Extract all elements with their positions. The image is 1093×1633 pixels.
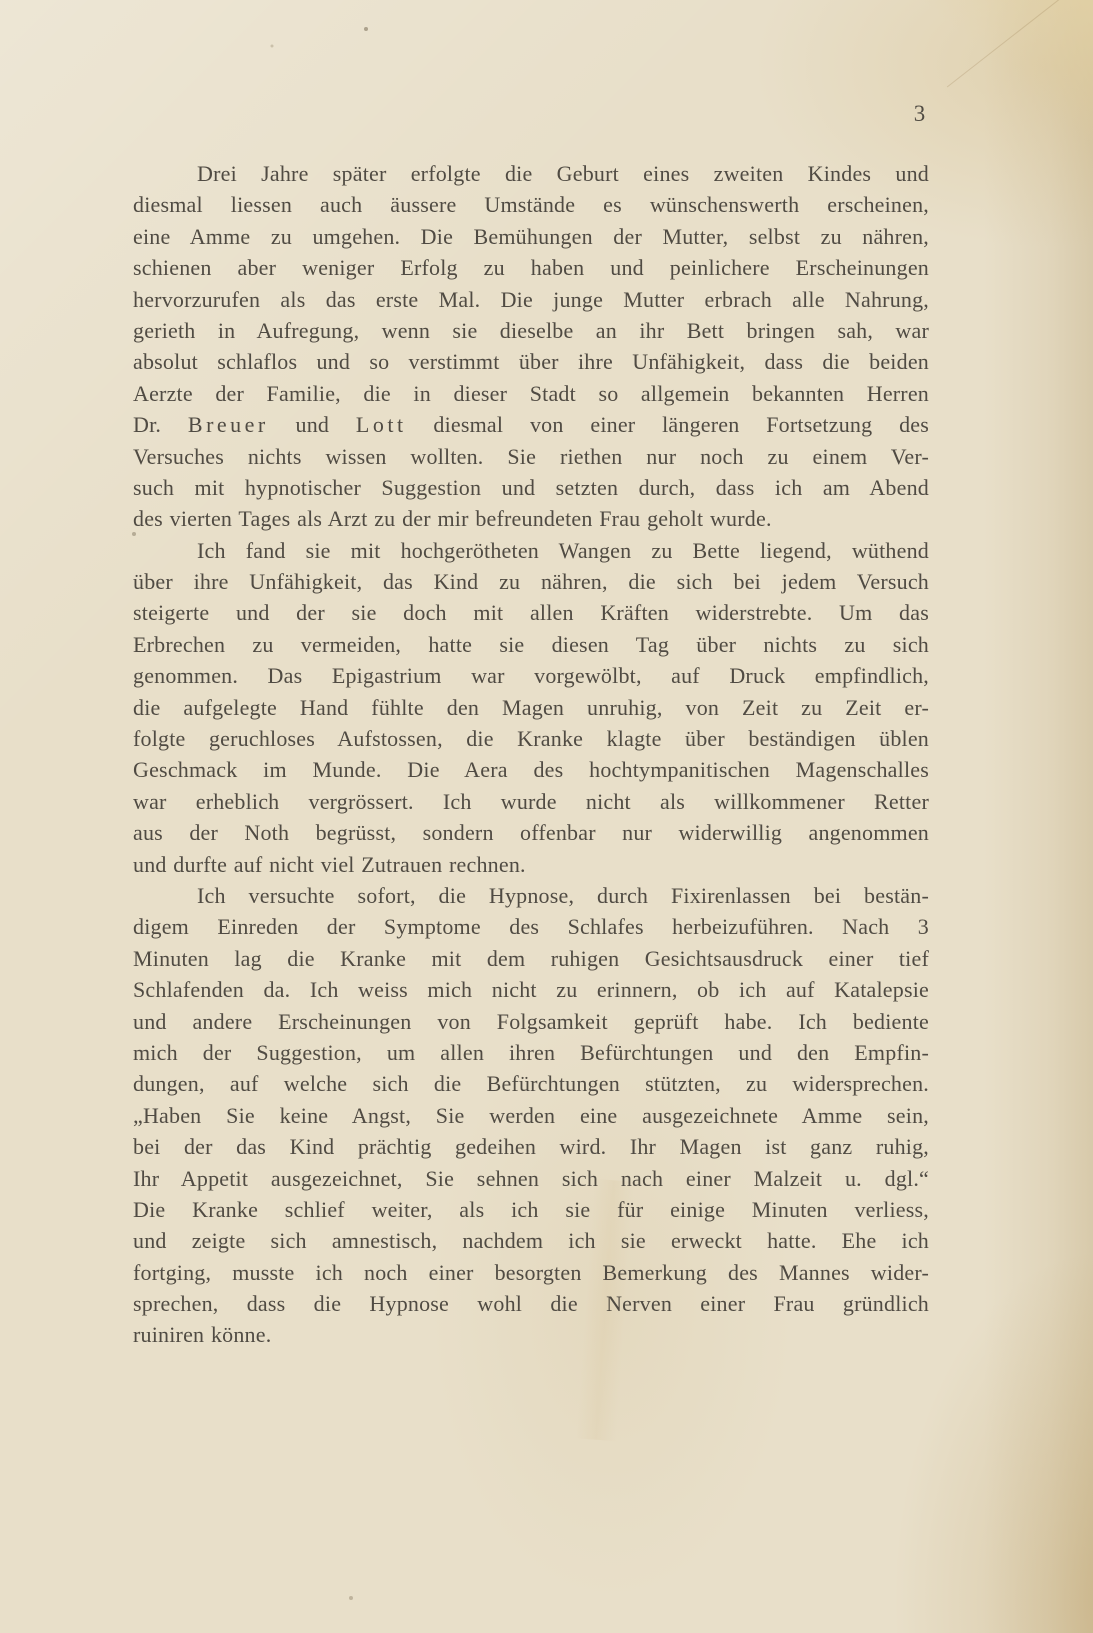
text-line: eine Amme zu umgehen. Die Bemühungen der… bbox=[133, 221, 929, 252]
text-segment: genommen. Das Epigastrium war vorgewölbt… bbox=[133, 663, 929, 688]
text-segment: diesmal liessen auch äussere Umstände es… bbox=[133, 192, 929, 217]
text-line: Schlafenden da. Ich weiss mich nicht zu … bbox=[133, 974, 929, 1005]
text-segment: Die Kranke schlief weiter, als ich sie f… bbox=[133, 1197, 929, 1222]
text-line: bei der das Kind prächtig gedeihen wird.… bbox=[133, 1131, 929, 1162]
text-line: Minuten lag die Kranke mit dem ruhigen G… bbox=[133, 943, 929, 974]
letterspaced-name: Lott bbox=[356, 412, 407, 437]
text-segment: dungen, auf welche sich die Befürchtunge… bbox=[133, 1071, 929, 1096]
text-line: des vierten Tages als Arzt zu der mir be… bbox=[133, 503, 929, 534]
text-segment: die aufgelegte Hand fühlte den Magen unr… bbox=[133, 695, 929, 720]
text-line: ruiniren könne. bbox=[133, 1319, 929, 1350]
text-line: die aufgelegte Hand fühlte den Magen unr… bbox=[133, 692, 929, 723]
text-line: Ihr Appetit ausgezeichnet, Sie sehnen si… bbox=[133, 1163, 929, 1194]
scanned-book-page: 3 Drei Jahre später erfolgte die Geburt … bbox=[0, 0, 1093, 1633]
text-segment: gerieth in Aufregung, wenn sie dieselbe … bbox=[133, 318, 929, 343]
text-segment: Schlafenden da. Ich weiss mich nicht zu … bbox=[133, 977, 929, 1002]
text-line: such mit hypnotischer Suggestion und set… bbox=[133, 472, 929, 503]
text-segment: Versuches nichts wissen wollten. Sie rie… bbox=[133, 444, 929, 469]
text-line: folgte geruchloses Aufstossen, die Krank… bbox=[133, 723, 929, 754]
text-segment: bei der das Kind prächtig gedeihen wird.… bbox=[133, 1134, 929, 1159]
letterspaced-name: Breuer bbox=[188, 412, 269, 437]
text-segment: aus der Noth begrüsst, sondern offenbar … bbox=[133, 820, 929, 845]
text-line: Ich versuchte sofort, die Hypnose, durch… bbox=[133, 880, 929, 911]
text-segment: digem Einreden der Symptome des Schlafes… bbox=[133, 914, 929, 939]
text-segment: Erbrechen zu vermeiden, hatte sie diesen… bbox=[133, 632, 929, 657]
text-line: Geschmack im Munde. Die Aera des hochtym… bbox=[133, 754, 929, 785]
text-segment: steigerte und der sie doch mit allen Krä… bbox=[133, 600, 929, 625]
text-segment: über ihre Unfähigkeit, das Kind zu nähre… bbox=[133, 569, 929, 594]
text-segment: des vierten Tages als Arzt zu der mir be… bbox=[133, 506, 772, 531]
text-line: Die Kranke schlief weiter, als ich sie f… bbox=[133, 1194, 929, 1225]
text-segment: Geschmack im Munde. Die Aera des hochtym… bbox=[133, 757, 929, 782]
text-line: hervorzurufen als das erste Mal. Die jun… bbox=[133, 284, 929, 315]
ink-speck bbox=[0, 0, 2, 2]
text-line: fortging, musste ich noch einer besorgte… bbox=[133, 1257, 929, 1288]
text-line: Ich fand sie mit hochgerötheten Wangen z… bbox=[133, 535, 929, 566]
text-line: war erheblich vergrössert. Ich wurde nic… bbox=[133, 786, 929, 817]
text-segment: „Haben Sie keine Angst, Sie werden eine … bbox=[133, 1103, 929, 1128]
text-segment: war erheblich vergrössert. Ich wurde nic… bbox=[133, 789, 929, 814]
text-line: genommen. Das Epigastrium war vorgewölbt… bbox=[133, 660, 929, 691]
text-segment: und andere Erscheinungen von Folgsamkeit… bbox=[133, 1009, 929, 1034]
text-line: gerieth in Aufregung, wenn sie dieselbe … bbox=[133, 315, 929, 346]
text-segment: mich der Suggestion, um allen ihren Befü… bbox=[133, 1040, 929, 1065]
text-line: aus der Noth begrüsst, sondern offenbar … bbox=[133, 817, 929, 848]
text-line: sprechen, dass die Hypnose wohl die Nerv… bbox=[133, 1288, 929, 1319]
text-line: steigerte und der sie doch mit allen Krä… bbox=[133, 597, 929, 628]
text-segment: sprechen, dass die Hypnose wohl die Nerv… bbox=[133, 1291, 929, 1316]
text-segment: Minuten lag die Kranke mit dem ruhigen G… bbox=[133, 946, 929, 971]
text-line: „Haben Sie keine Angst, Sie werden eine … bbox=[133, 1100, 929, 1131]
text-segment: Ihr Appetit ausgezeichnet, Sie sehnen si… bbox=[133, 1166, 929, 1191]
text-line: und andere Erscheinungen von Folgsamkeit… bbox=[133, 1006, 929, 1037]
page-corner-fold bbox=[923, 0, 1093, 140]
text-line: mich der Suggestion, um allen ihren Befü… bbox=[133, 1037, 929, 1068]
text-line: schienen aber weniger Erfolg zu haben un… bbox=[133, 252, 929, 283]
text-segment: fortging, musste ich noch einer besorgte… bbox=[133, 1260, 929, 1285]
text-line: und durfte auf nicht viel Zutrauen rechn… bbox=[133, 849, 929, 880]
text-line: dungen, auf welche sich die Befürchtunge… bbox=[133, 1068, 929, 1099]
text-line: Drei Jahre später erfolgte die Geburt ei… bbox=[133, 158, 929, 189]
text-segment: absolut schlaflos und so verstimmt über … bbox=[133, 349, 929, 374]
text-segment: und zeigte sich amnestisch, nachdem ich … bbox=[133, 1228, 929, 1253]
text-segment: schienen aber weniger Erfolg zu haben un… bbox=[133, 255, 929, 280]
text-segment: ruiniren könne. bbox=[133, 1322, 271, 1347]
text-segment: Ich versuchte sofort, die Hypnose, durch… bbox=[197, 883, 929, 908]
text-line: Erbrechen zu vermeiden, hatte sie diesen… bbox=[133, 629, 929, 660]
text-segment: Aerzte der Familie, die in dieser Stadt … bbox=[133, 381, 929, 406]
text-line: absolut schlaflos und so verstimmt über … bbox=[133, 346, 929, 377]
text-segment: hervorzurufen als das erste Mal. Die jun… bbox=[133, 287, 929, 312]
text-segment: Ich fand sie mit hochgerötheten Wangen z… bbox=[197, 538, 929, 563]
text-line: diesmal liessen auch äussere Umstände es… bbox=[133, 189, 929, 220]
text-line: Aerzte der Familie, die in dieser Stadt … bbox=[133, 378, 929, 409]
text-segment: eine Amme zu umgehen. Die Bemühungen der… bbox=[133, 224, 929, 249]
text-segment: diesmal von einer längeren Fortsetzung d… bbox=[407, 412, 929, 437]
text-line: über ihre Unfähigkeit, das Kind zu nähre… bbox=[133, 566, 929, 597]
text-line: Versuches nichts wissen wollten. Sie rie… bbox=[133, 441, 929, 472]
text-segment: und bbox=[269, 412, 356, 437]
text-line: digem Einreden der Symptome des Schlafes… bbox=[133, 911, 929, 942]
page-number: 3 bbox=[898, 101, 942, 127]
text-segment: folgte geruchloses Aufstossen, die Krank… bbox=[133, 726, 929, 751]
text-segment: Dr. bbox=[133, 412, 188, 437]
text-line: und zeigte sich amnestisch, nachdem ich … bbox=[133, 1225, 929, 1256]
text-segment: und durfte auf nicht viel Zutrauen rechn… bbox=[133, 852, 526, 877]
text-line: Dr. Breuer und Lott diesmal von einer lä… bbox=[133, 409, 929, 440]
text-segment: such mit hypnotischer Suggestion und set… bbox=[133, 475, 929, 500]
text-segment: Drei Jahre später erfolgte die Geburt ei… bbox=[197, 161, 929, 186]
text-block: Drei Jahre später erfolgte die Geburt ei… bbox=[133, 158, 929, 1351]
